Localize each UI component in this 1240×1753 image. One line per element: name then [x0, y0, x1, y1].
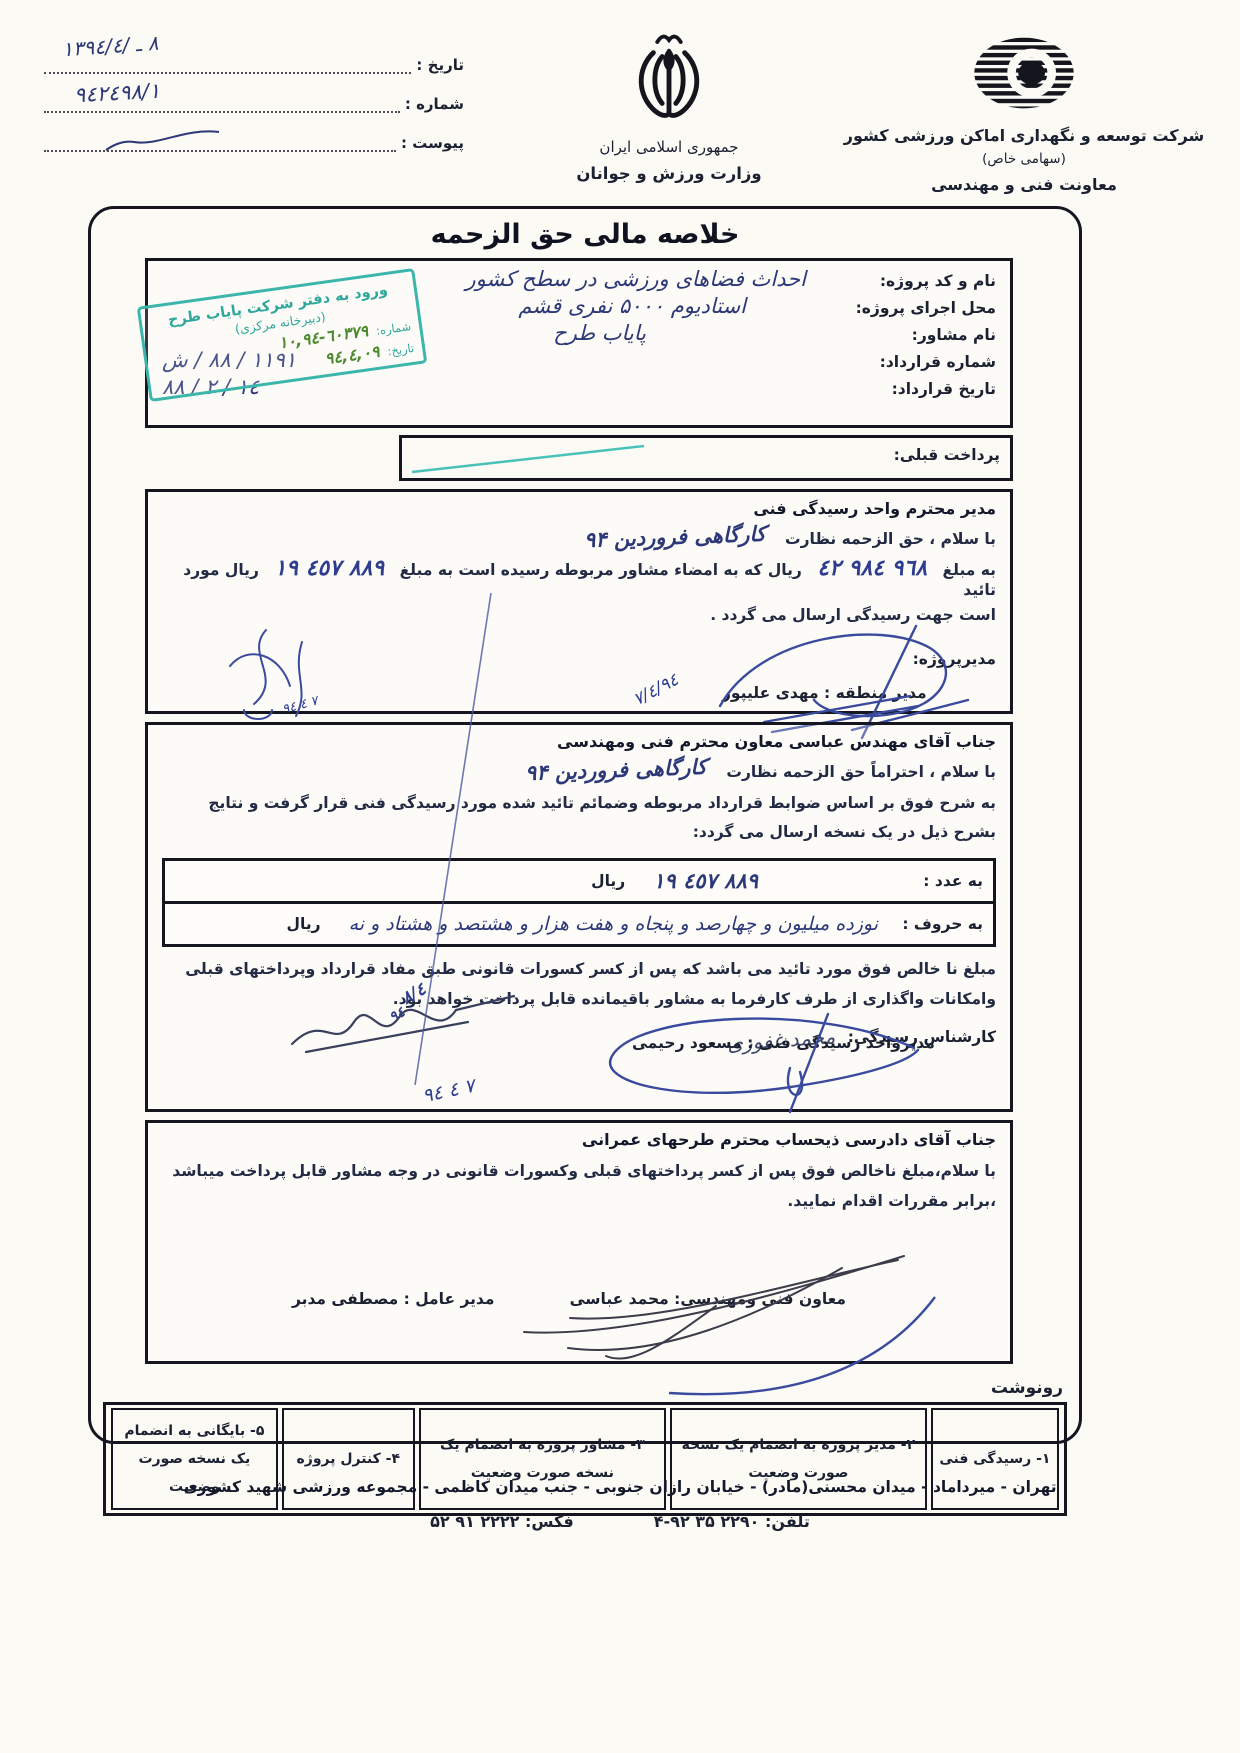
- project-manager-signature: [192, 624, 342, 734]
- footer: تهران - میرداماد - میدان محسنی(مادر) - خ…: [0, 1478, 1240, 1531]
- fax-label: فکس:: [525, 1512, 574, 1531]
- section-deputy-review: جناب آقای مهندس عباسی معاون محترم فنی وم…: [145, 722, 1013, 1112]
- section-technical-review: مدیر محترم واحد رسیدگی فنی با سلام ، حق …: [145, 489, 1013, 714]
- number-row: شماره : ٩٤٢٤٩٨/١: [44, 95, 464, 113]
- date-dotted-line: [44, 68, 411, 74]
- fax-value: ۵۲ ۹۱ ۲۲۲۲: [430, 1512, 519, 1531]
- form-border-box: خلاصه مالی حق الزحمه نام و کد پروژه: احد…: [88, 206, 1082, 1444]
- greeting-line: با سلام ، حق الزحمه نظارت کارگاهی فروردی…: [162, 525, 996, 549]
- amount-line: به مبلغ ٤٢ ٩٨٤ ٩٦٨ ریال که به امضاء مشاو…: [162, 556, 996, 599]
- supervision-period-handwritten: کارگاهی فروردین ۹۴: [583, 522, 766, 552]
- field-label: نام و کد پروژه:: [836, 272, 996, 290]
- section-heading: جناب آقای دادرسی ذیحساب محترم طرحهای عمر…: [162, 1130, 996, 1149]
- section-heading: مدیر محترم واحد رسیدگی فنی: [162, 499, 996, 518]
- closing-line: است جهت رسیدگی ارسال می گردد .: [162, 606, 996, 624]
- iran-emblem-icon: [630, 115, 708, 134]
- amount-words-handwritten: نوزده میلیون و چهارصد و پنجاه و هفت هزار…: [349, 913, 878, 935]
- section-heading: جناب آقای مهندس عباسی معاون محترم فنی وم…: [162, 732, 996, 751]
- amount-words-row: به حروف : نوزده میلیون و چهارصد و پنجاه …: [165, 901, 993, 944]
- note-text: مبلغ نا خالص فوق مورد تائید می باشد که پ…: [185, 960, 996, 1008]
- date-handwritten-value: ١٣٩٤/٤/ ـ ٨: [61, 31, 159, 62]
- company-block: شرکت توسعه و نگهداری اماکن ورزشی کشور (س…: [834, 30, 1214, 194]
- document-title: خلاصه مالی حق الزحمه: [91, 219, 1079, 250]
- technical-deputy-label: معاون فنی ومهندسی: محمد عباسی: [570, 1290, 846, 1308]
- number-dotted-line: [44, 107, 400, 113]
- attachment-scribble: [104, 126, 224, 156]
- ceo-label: مدیر عامل : مصطفی مدبر: [292, 1290, 494, 1308]
- amount-numeric-handwritten: ١٩ ٤٥٧ ٨٨٩: [653, 869, 758, 893]
- previous-payment-label: پرداخت قبلی:: [894, 446, 1000, 464]
- stamp-number-label: شماره:: [375, 319, 412, 338]
- greeting-printed: با سلام ، حق الزحمه نظارت: [785, 530, 996, 548]
- payment-instruction-paragraph: با سلام،مبلغ ناخالص فوق پس از کسر پرداخت…: [162, 1156, 996, 1216]
- phone-value: ۴-۹۲ ۳۵ ۲۲۹۰: [654, 1512, 760, 1531]
- region-manager-date-handwritten: ٧/٤/٩٤: [630, 670, 682, 710]
- deputy-signature-row: کارشناس رسیدگی: محمد غفوری مدیرواحد رسید…: [162, 1028, 996, 1052]
- company-name: شرکت توسعه و نگهداری اماکن ورزشی کشور: [834, 126, 1214, 145]
- region-manager-label: مدیر منطقه : مهدی علیپور: [722, 684, 927, 702]
- ministry-name: وزارت ورزش و جوانان: [504, 164, 834, 183]
- unit-manager-label: مدیرواحد رسیدگی فنی : مسعود رحیمی: [632, 1034, 935, 1052]
- supervision-period-handwritten: کارگاهی فروردین ۹۴: [525, 755, 708, 785]
- amount-table: به عدد : ١٩ ٤٥٧ ٨٨٩ ریال به حروف : نوزده…: [162, 858, 996, 947]
- amount-words-unit: ریال: [287, 915, 321, 933]
- unit-manager-signature: [592, 1010, 932, 1114]
- stamp-date-label: تاریخ:: [387, 341, 415, 359]
- stamp-date-value: ٩٤,٤,٠٩: [324, 342, 381, 368]
- greeting-printed: با سلام ، احتراماً حق الزحمه نظارت: [726, 763, 996, 781]
- review-date-handwritten: ٩٤ ٤ ٧: [420, 1075, 476, 1108]
- project-fields-box: نام و کد پروژه: احداث فضاهای ورزشی در سط…: [145, 258, 1013, 428]
- company-logo-icon: [965, 101, 1083, 120]
- date-label: تاریخ :: [416, 56, 464, 74]
- letterhead: شرکت توسعه و نگهداری اماکن ورزشی کشور (س…: [0, 0, 1240, 194]
- number-label: شماره :: [405, 95, 464, 113]
- greeting-line: با سلام ، احتراماً حق الزحمه نظارت کارگا…: [162, 758, 996, 782]
- project-manager-label: مدیرپروژه:: [913, 650, 996, 668]
- country-line: جمهوری اسلامی ایران: [504, 138, 834, 156]
- reference-block: تاریخ : ١٣٩٤/٤/ ـ ٨ شماره : ٩٤٢٤٩٨/١ پیو…: [34, 30, 504, 173]
- amount-numeric-row: به عدد : ١٩ ٤٥٧ ٨٨٩ ریال: [165, 861, 993, 901]
- previous-payment-box: پرداخت قبلی:: [399, 435, 1013, 481]
- company-department: معاونت فنی و مهندسی: [834, 175, 1214, 194]
- company-type: (سهامی خاص): [834, 151, 1214, 167]
- ministry-block: جمهوری اسلامی ایران وزارت ورزش و جوانان: [504, 30, 834, 183]
- copies-title: رونوشت: [91, 1378, 1063, 1398]
- phone-entry: تلفن: ۴-۹۲ ۳۵ ۲۲۹۰: [654, 1512, 810, 1531]
- field-label: نام مشاور:: [836, 326, 996, 344]
- stamp-stray-teal-line: [408, 442, 648, 476]
- attachment-label: پیوست :: [401, 134, 464, 152]
- scanned-document: شرکت توسعه و نگهداری اماکن ورزشی کشور (س…: [0, 0, 1240, 1753]
- amount-prefix: به مبلغ: [943, 561, 996, 579]
- footer-address: تهران - میرداماد - میدان محسنی(مادر) - خ…: [0, 1478, 1240, 1496]
- attachment-row: پیوست :: [44, 134, 464, 152]
- field-label: محل اجرای پروژه:: [836, 299, 996, 317]
- footer-contacts: تلفن: ۴-۹۲ ۳۵ ۲۲۹۰ فکس: ۵۲ ۹۱ ۲۲۲۲: [0, 1512, 1240, 1531]
- phone-label: تلفن:: [765, 1512, 810, 1531]
- net-amount-note: مبلغ نا خالص فوق مورد تائید می باشد که پ…: [162, 954, 996, 1014]
- field-handwritten-value: احداث فضاهای ورزشی در سطح کشور: [162, 267, 836, 291]
- amount-numeric-label: به عدد :: [878, 872, 983, 890]
- amount-words-label: به حروف :: [878, 915, 983, 933]
- amount-mid: ریال که به امضاء مشاور مربوطه رسیده است …: [400, 561, 802, 579]
- approved-amount-handwritten: ١٩ ٤٥٧ ٨٨٩: [274, 556, 384, 581]
- review-result-paragraph: به شرح فوق بر اساس ضوابط قرارداد مربوطه …: [162, 789, 996, 848]
- amount-numeric-unit: ریال: [591, 872, 625, 890]
- gross-amount-handwritten: ٤٢ ٩٨٤ ٩٦٨: [817, 556, 927, 581]
- section-finance-officer: جناب آقای دادرسی ذیحساب محترم طرحهای عمر…: [145, 1120, 1013, 1364]
- project-manager-date-handwritten: ٩٤ ٤ ٧: [281, 694, 320, 718]
- date-row: تاریخ : ١٣٩٤/٤/ ـ ٨: [44, 56, 464, 74]
- field-label: تاریخ قرارداد:: [836, 380, 996, 398]
- review-signature-row: مدیرپروژه: مدیر منطقه : مهدی علیپور ٧/٤/…: [162, 650, 996, 668]
- fax-entry: فکس: ۵۲ ۹۱ ۲۲۲۲: [430, 1512, 574, 1531]
- number-handwritten-value: ٩٤٢٤٩٨/١: [73, 79, 160, 107]
- field-label: شماره قرارداد:: [836, 353, 996, 371]
